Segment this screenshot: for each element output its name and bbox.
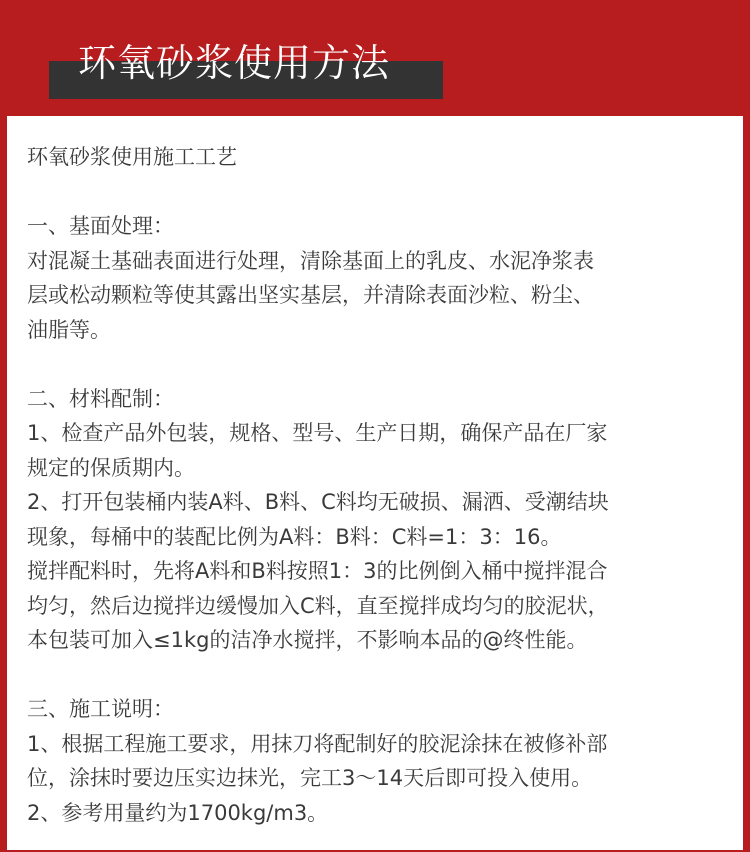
section-line: 均匀，然后边搅拌边缓慢加入C料，直至搅拌成均匀的胶泥状， — [27, 589, 727, 624]
section-line: 位，涂抹时要边压实边抹光，完工3～14天后即可投入使用。 — [27, 761, 727, 796]
spacer — [27, 175, 727, 210]
section-line: 本包装可加入≤1kg的洁净水搅拌，不影响本品的@终性能。 — [27, 623, 727, 658]
page-title: 环氧砂浆使用方法 — [78, 38, 390, 88]
document-heading: 环氧砂浆使用施工工艺 — [27, 140, 727, 175]
spacer — [27, 658, 727, 693]
section-line: 1、检查产品外包装，规格、型号、生产日期，确保产品在厂家 — [27, 416, 727, 451]
section-line: 层或松动颗粒等使其露出坚实基层，并清除表面沙粒、粉尘、 — [27, 278, 727, 313]
section-title: 一、基面处理： — [27, 209, 727, 244]
document-body: 环氧砂浆使用施工工艺 一、基面处理： 对混凝土基础表面进行处理，清除基面上的乳皮… — [27, 140, 727, 830]
section-surface-treatment: 一、基面处理： 对混凝土基础表面进行处理，清除基面上的乳皮、水泥净浆表 层或松动… — [27, 209, 727, 347]
section-line: 油脂等。 — [27, 313, 727, 348]
section-material-preparation: 二、材料配制： 1、检查产品外包装，规格、型号、生产日期，确保产品在厂家 规定的… — [27, 382, 727, 658]
section-line: 2、参考用量约为1700kg/m3。 — [27, 796, 727, 831]
spacer — [27, 347, 727, 382]
section-line: 1、根据工程施工要求，用抹刀将配制好的胶泥涂抹在被修补部 — [27, 727, 727, 762]
section-line: 对混凝土基础表面进行处理，清除基面上的乳皮、水泥净浆表 — [27, 244, 727, 279]
section-line: 现象，每桶中的装配比例为A料：B料：C料=1：3：16。 — [27, 520, 727, 555]
section-line: 2、打开包装桶内装A料、B料、C料均无破损、漏洒、受潮结块 — [27, 485, 727, 520]
section-line: 规定的保质期内。 — [27, 451, 727, 486]
section-title: 三、施工说明： — [27, 692, 727, 727]
section-title: 二、材料配制： — [27, 382, 727, 417]
section-line: 搅拌配料时，先将A料和B料按照1：3的比例倒入桶中搅拌混合 — [27, 554, 727, 589]
section-construction-notes: 三、施工说明： 1、根据工程施工要求，用抹刀将配制好的胶泥涂抹在被修补部 位，涂… — [27, 692, 727, 830]
